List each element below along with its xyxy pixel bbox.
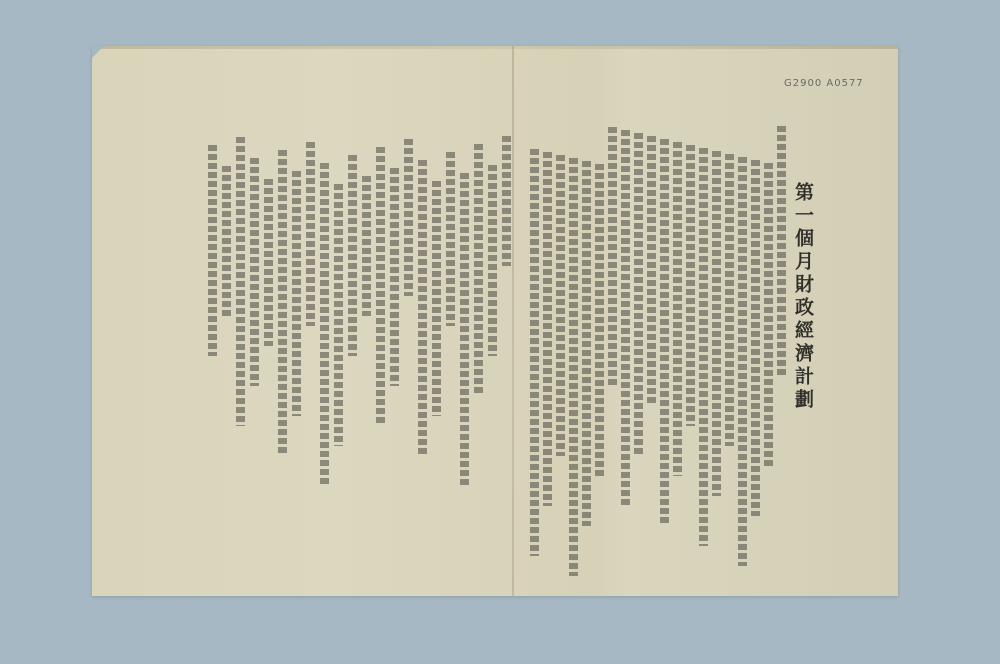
text-column xyxy=(404,139,413,296)
text-column xyxy=(660,139,669,526)
text-column xyxy=(446,152,455,326)
text-column xyxy=(488,165,497,356)
text-column xyxy=(502,136,511,266)
text-column xyxy=(306,142,315,326)
text-column xyxy=(556,155,565,456)
text-column xyxy=(376,147,385,426)
text-column xyxy=(738,157,747,566)
text-column xyxy=(582,161,591,526)
text-column xyxy=(764,163,773,466)
text-column xyxy=(595,164,604,476)
text-column xyxy=(725,154,734,446)
text-column xyxy=(647,136,656,406)
text-column xyxy=(686,145,695,426)
text-column xyxy=(362,176,371,316)
text-column xyxy=(474,144,483,396)
text-column xyxy=(390,168,399,386)
text-column xyxy=(543,152,552,506)
text-column xyxy=(712,151,721,496)
text-column xyxy=(222,166,231,316)
paper-top-edge xyxy=(92,46,898,49)
text-column xyxy=(608,127,617,386)
text-column xyxy=(264,179,273,346)
torn-corner xyxy=(92,46,104,58)
text-column xyxy=(621,130,630,506)
text-column xyxy=(320,163,329,486)
text-column xyxy=(250,158,259,386)
text-column xyxy=(348,155,357,356)
center-fold xyxy=(512,46,514,596)
text-column xyxy=(432,181,441,416)
text-column xyxy=(699,148,708,546)
archive-code: G2900 A0577 xyxy=(784,78,864,89)
text-column xyxy=(777,126,786,376)
text-column xyxy=(460,173,469,486)
text-column xyxy=(418,160,427,456)
text-column xyxy=(208,145,217,356)
text-column xyxy=(530,149,539,556)
document-paper: G2900 A0577 第一個月財政經濟計劃 xyxy=(92,46,898,596)
text-column xyxy=(634,133,643,456)
text-column xyxy=(278,150,287,456)
text-column xyxy=(751,160,760,516)
text-column xyxy=(292,171,301,416)
document-title: 第一個月財政經濟計劃 xyxy=(792,182,814,412)
text-column xyxy=(334,184,343,446)
text-column xyxy=(236,137,245,426)
text-column xyxy=(673,142,682,476)
text-column xyxy=(569,158,578,576)
